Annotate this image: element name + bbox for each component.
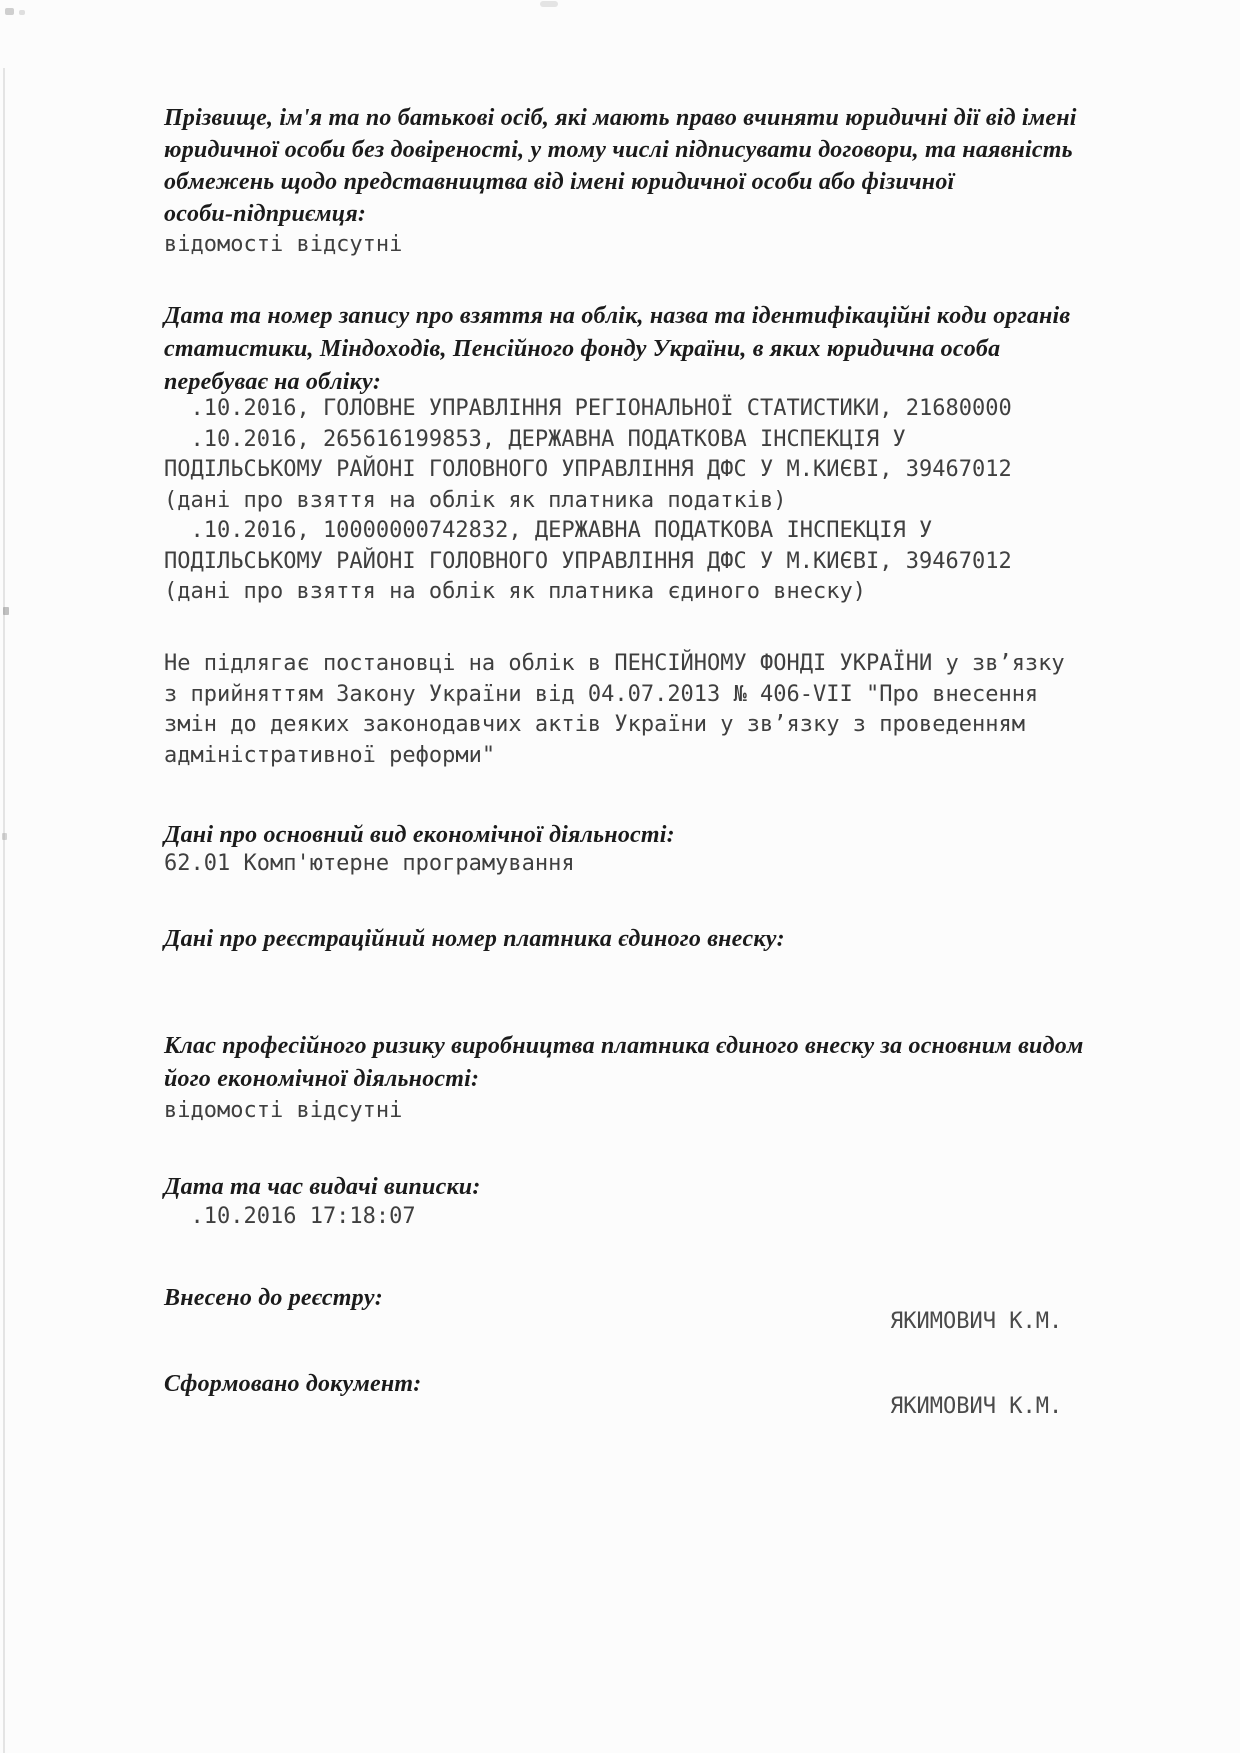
extract-issue-heading: Дата та час видачі виписки:: [164, 1171, 481, 1203]
authorized-persons-heading: Прізвище, ім'я та по батькові осіб, які …: [164, 102, 1077, 230]
pension-fund-note: Не підлягає постановці на облік в ПЕНСІЙ…: [164, 649, 1065, 772]
scan-speck-artifact: [19, 10, 25, 15]
authorized-persons-value: відомості відсутні: [164, 230, 402, 261]
economic-activity-value: 62.01 Комп'ютерне програмування: [164, 849, 575, 880]
document-formed-signature: ЯКИМОВИЧ К.М.: [890, 1393, 1062, 1421]
risk-class-value: відомості відсутні: [164, 1096, 402, 1127]
registration-records-heading: Дата та номер запису про взяття на облік…: [164, 300, 1070, 399]
single-contribution-number-heading: Дані про реєстраційний номер платника єд…: [164, 923, 785, 955]
registration-records-list: .10.2016, ГОЛОВНЕ УПРАВЛІННЯ РЕГІОНАЛЬНО…: [164, 394, 1012, 608]
entered-to-registry-signature: ЯКИМОВИЧ К.М.: [890, 1308, 1062, 1336]
economic-activity-heading: Дані про основний вид економічної діяльн…: [164, 819, 675, 851]
entered-to-registry-heading: Внесено до реєстру:: [164, 1282, 383, 1314]
scan-speck-artifact: [5, 8, 14, 15]
scan-speck-artifact: [3, 607, 9, 615]
scanned-document-page: Прізвище, ім'я та по батькові осіб, які …: [0, 0, 1240, 1753]
scan-edge-line-artifact: [3, 68, 5, 1753]
document-formed-heading: Сформовано документ:: [164, 1368, 421, 1400]
scan-speck-artifact: [2, 833, 7, 840]
scan-smudge-artifact: [540, 1, 558, 7]
risk-class-heading: Клас професійного ризику виробництва пла…: [164, 1030, 1084, 1096]
extract-issue-value: .10.2016 17:18:07: [164, 1202, 416, 1233]
